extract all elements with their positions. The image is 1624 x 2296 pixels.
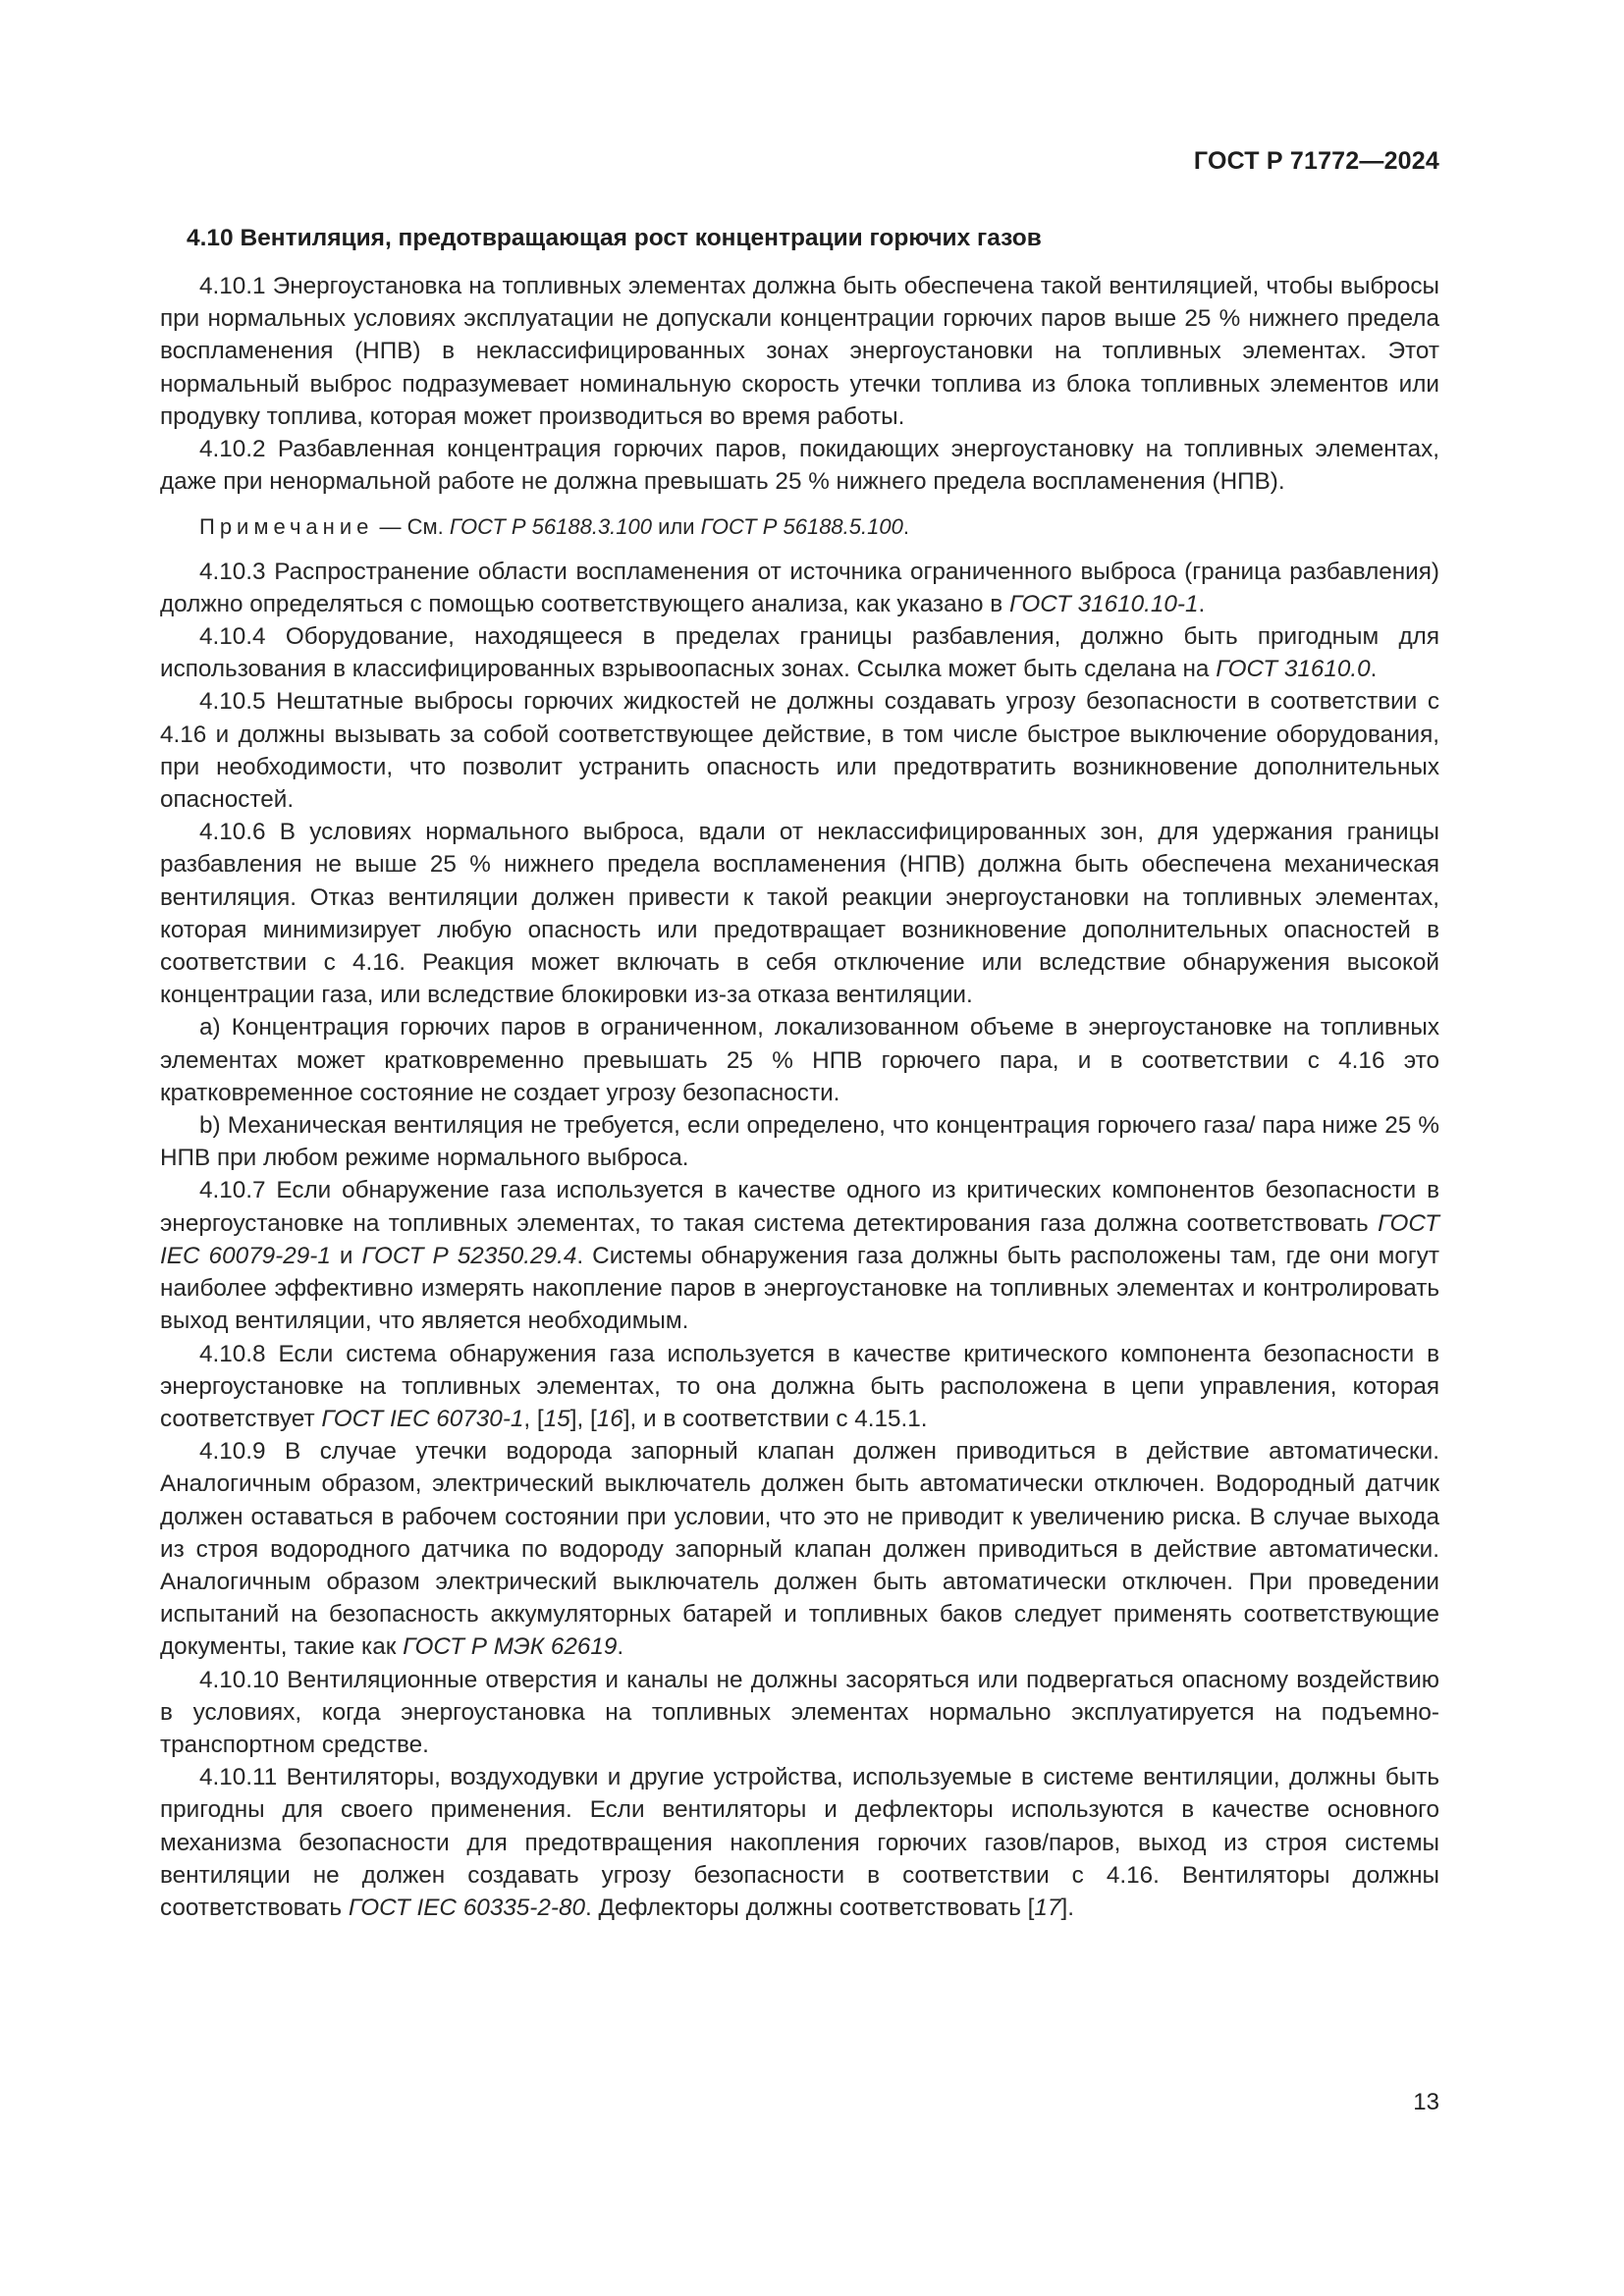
section-body: 4.10.1 Энергоустановка на топливных элем… (160, 270, 1439, 1924)
paragraph-text: 4.10.3 Распространение области воспламен… (160, 559, 1439, 617)
clause-paragraph: 4.10.10 Вентиляционные отверстия и канал… (160, 1664, 1439, 1762)
paragraph-text: 4.10.6 В условиях нормального выброса, в… (160, 819, 1439, 1008)
paragraph-text: и (331, 1243, 362, 1269)
reference-link: ГОСТ Р 56188.5.100 (701, 514, 903, 539)
reference-link: ГОСТ Р 52350.29.4 (362, 1243, 577, 1269)
clause-paragraph: 4.10.6 В условиях нормального выброса, в… (160, 816, 1439, 1011)
paragraph-text: ], и в соответствии с 4.15.1. (623, 1406, 928, 1432)
reference-link: ГОСТ Р 56188.3.100 (450, 514, 652, 539)
note-label: Примечание (199, 514, 373, 539)
reference-link: ГОСТ 31610.0 (1216, 656, 1370, 682)
paragraph-text: . Дефлекторы должны соответствовать [ (585, 1895, 1034, 1921)
clause-paragraph: 4.10.5 Нештатные выбросы горючих жидкост… (160, 685, 1439, 816)
paragraph-text: ], [ (570, 1406, 597, 1432)
paragraph-text: , [ (523, 1406, 543, 1432)
paragraph-text: ]. (1060, 1895, 1074, 1921)
clause-paragraph: 4.10.1 Энергоустановка на топливных элем… (160, 270, 1439, 433)
clause-paragraph: 4.10.9 В случае утечки водорода запорный… (160, 1435, 1439, 1663)
clause-paragraph: 4.10.2 Разбавленная концентрация горючих… (160, 433, 1439, 498)
paragraph-text: 4.10.5 Нештатные выбросы горючих жидкост… (160, 688, 1439, 813)
paragraph-text: b) Механическая вентиляция не требуется,… (160, 1112, 1439, 1171)
clause-paragraph: 4.10.7 Если обнаружение газа используетс… (160, 1174, 1439, 1337)
document-id-header: ГОСТ Р 71772—2024 (1194, 147, 1439, 176)
paragraph-text: 4.10.9 В случае утечки водорода запорный… (160, 1438, 1439, 1660)
paragraph-text: . (1199, 591, 1206, 617)
paragraph-text: или (652, 514, 701, 539)
page-number: 13 (1413, 2089, 1439, 2116)
clause-paragraph: a) Концентрация горючих паров в ограниче… (160, 1011, 1439, 1109)
reference-link: ГОСТ Р МЭК 62619 (403, 1633, 617, 1660)
reference-link: ГОСТ 31610.10-1 (1009, 591, 1199, 617)
paragraph-text: 4.10.2 Разбавленная концентрация горючих… (160, 436, 1439, 495)
note-paragraph: Примечание — См. ГОСТ Р 56188.3.100 или … (160, 510, 1439, 543)
section-title: 4.10 Вентиляция, предотвращающая рост ко… (187, 225, 1042, 252)
clause-paragraph: b) Механическая вентиляция не требуется,… (160, 1109, 1439, 1174)
reference-link: 15 (544, 1406, 570, 1432)
paragraph-text: — См. (373, 514, 449, 539)
clause-paragraph: 4.10.3 Распространение области воспламен… (160, 556, 1439, 620)
clause-paragraph: 4.10.11 Вентиляторы, воздуходувки и друг… (160, 1761, 1439, 1924)
reference-link: ГОСТ IEC 60730-1 (321, 1406, 523, 1432)
reference-link: 16 (597, 1406, 623, 1432)
paragraph-text: a) Концентрация горючих паров в ограниче… (160, 1014, 1439, 1105)
clause-paragraph: 4.10.4 Оборудование, находящееся в преде… (160, 620, 1439, 685)
paragraph-text: 4.10.7 Если обнаружение газа используетс… (160, 1177, 1439, 1236)
reference-link: 17 (1034, 1895, 1060, 1921)
paragraph-text: 4.10.10 Вентиляционные отверстия и канал… (160, 1667, 1439, 1758)
paragraph-text: . (1371, 656, 1378, 682)
paragraph-text: 4.10.1 Энергоустановка на топливных элем… (160, 273, 1439, 430)
paragraph-text: . (903, 514, 909, 539)
clause-paragraph: 4.10.8 Если система обнаружения газа исп… (160, 1338, 1439, 1436)
reference-link: ГОСТ IEC 60335-2-80 (349, 1895, 585, 1921)
paragraph-text: . (617, 1633, 623, 1660)
